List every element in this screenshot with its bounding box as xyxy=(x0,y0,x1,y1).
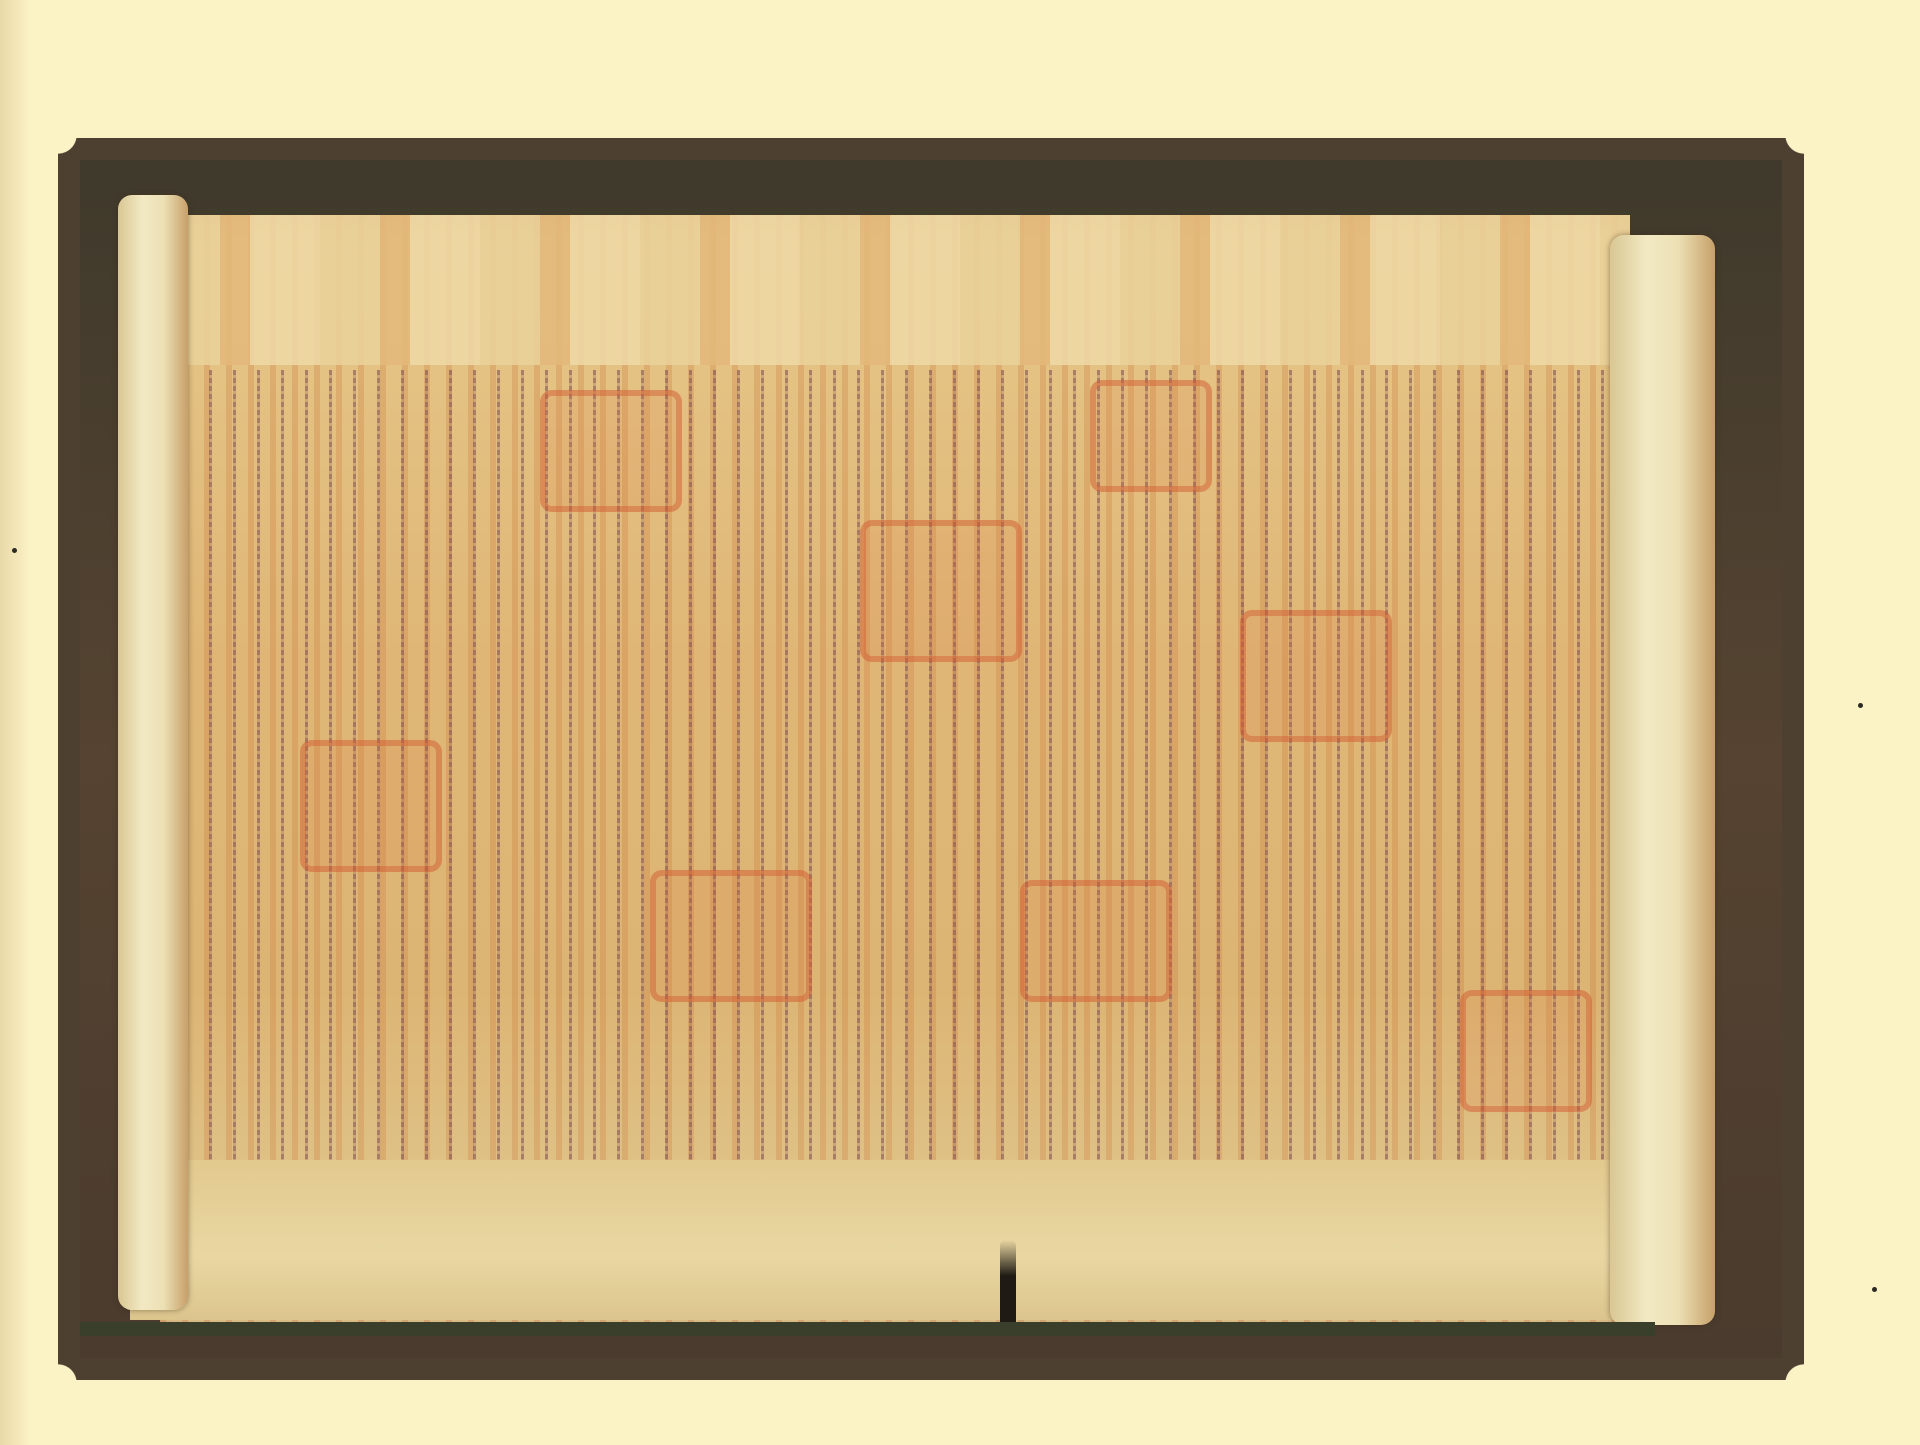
seal-impression xyxy=(540,390,682,512)
paper-speck xyxy=(12,548,17,553)
seal-impression xyxy=(1460,990,1592,1112)
paper-background-shade xyxy=(0,0,30,1445)
scroll-right-roller xyxy=(1610,235,1715,1325)
scroll-bottom-edge xyxy=(80,1322,1655,1336)
scroll-bottom-margin xyxy=(130,1160,1630,1320)
seal-impression xyxy=(1020,880,1172,1002)
seal-impression xyxy=(860,520,1022,662)
paper-speck xyxy=(1858,703,1863,708)
scroll-left-roller xyxy=(118,195,188,1310)
paper-speck xyxy=(1872,1287,1877,1292)
seal-impression xyxy=(1090,380,1212,492)
seal-impression xyxy=(650,870,812,1002)
scroll-top-margin xyxy=(160,215,1630,365)
scroll-bottom-seam xyxy=(1000,1240,1016,1330)
seal-impression xyxy=(1240,610,1392,742)
seal-impression xyxy=(300,740,442,872)
